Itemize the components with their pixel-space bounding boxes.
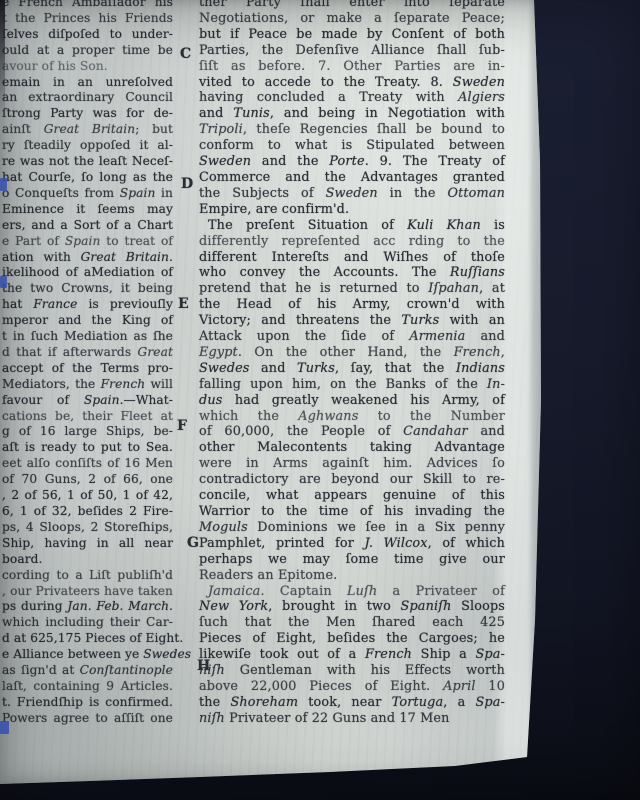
text-line: Readers an Epitome.: [199, 568, 505, 584]
text-line: d that if afterwards Great: [2, 345, 173, 361]
text-line: aſt is ready to put to Sea.: [2, 440, 173, 456]
text-line: t. Friendſhip is confirmed.: [2, 695, 173, 711]
text-line: Sweden and the Porte. 9. The Treaty of: [199, 154, 505, 170]
text-line: perhaps we may ſome time give our: [199, 552, 505, 568]
text-line: cording to a Liſt publiſh'd: [2, 568, 173, 584]
text-line: which including their Car-: [2, 615, 173, 631]
text-line: Victory; and threatens the Turks with an: [199, 313, 505, 329]
text-line: ſiſt as before. 7. Other Parties are in-: [199, 59, 505, 75]
blue-ink-mark: [0, 178, 7, 191]
text-line: 6, 1 of 32, beſides 2 Fire-: [2, 504, 173, 520]
text-line: Jamaica. Captain Luſh a Privateer of: [199, 584, 505, 600]
left-text-column: e French Ambaſſador hist the Princes his…: [2, 0, 173, 727]
text-line: ther Party ſhall enter into ſeparate: [199, 0, 505, 11]
right-text-column: ther Party ſhall enter into ſeparateNego…: [199, 0, 505, 727]
signature-letter-d: D: [181, 176, 193, 192]
text-line: the Subjects of Sweden in the Ottoman: [199, 186, 505, 202]
text-line: different Intereſts and Wiſhes of thoſe: [199, 250, 505, 266]
newspaper-page: e French Ambaſſador hist the Princes his…: [0, 0, 545, 790]
text-line: niſh Privateer of 22 Guns and 17 Men: [199, 711, 505, 727]
text-line: Warrior to the time of his invading the: [199, 504, 505, 520]
text-line: having concluded a Treaty with Algiers: [199, 90, 505, 106]
signature-letter-h: H: [197, 658, 210, 674]
text-line: ikelihood of aMediation of: [2, 265, 173, 281]
text-line: differently repreſented acc rding to the: [199, 234, 505, 250]
text-line: o Conqueſts from Spain in: [2, 186, 173, 202]
text-line: who convey the Accounts. The Ruſſians: [199, 265, 505, 281]
text-line: Ship, having in all near: [2, 536, 173, 552]
text-line: ry ſteadily oppoſed it al-: [2, 138, 173, 154]
text-line: Swedes and Turks, ſay, that the Indians: [199, 361, 505, 377]
text-line: Commerce and the Advantages granted: [199, 170, 505, 186]
text-line: the Shoreham took, near Tortuga, a Spa-: [199, 695, 505, 711]
signature-letter-f: F: [177, 418, 187, 434]
text-line: Parties, the Defenſive Alliance ſhall ſu…: [199, 43, 505, 59]
text-line: Empire, are confirm'd.: [199, 202, 505, 218]
text-line: ſtrong Party was for de-: [2, 106, 173, 122]
text-line: Negotiations, or make a ſeparate Peace;: [199, 11, 505, 27]
text-line: of 70 Guns, 2 of 66, one: [2, 472, 173, 488]
text-line: other Malecontents taking Advantage: [199, 440, 505, 456]
blue-ink-mark: [0, 721, 9, 734]
text-line: the two Crowns, it being: [2, 281, 173, 297]
text-line: conform to what is Stipulated between: [199, 138, 505, 154]
text-line: above 22,000 Pieces of Eight. April 10: [199, 679, 505, 695]
text-line: dus had greatly weakened his Army, of: [199, 393, 505, 409]
text-line: eet alſo conſiſts of 16 Men: [2, 456, 173, 472]
text-line: pretend that he is returned to Iſpahan, …: [199, 281, 505, 297]
text-line: d at 625,175 Pieces of Eight.: [2, 631, 173, 647]
text-line: mperor and the King of: [2, 313, 173, 329]
text-line: Eminence it ſeems may: [2, 202, 173, 218]
text-line: ps during Jan. Feb. March.: [2, 599, 173, 615]
text-line: e Alliance between ye Swedes: [2, 647, 173, 663]
text-line: cations be, their Fleet at: [2, 409, 173, 425]
signature-letter-c: C: [180, 46, 191, 62]
text-line: emain in an unreſolved: [2, 75, 173, 91]
text-line: t in ſuch Mediation as ſhe: [2, 329, 173, 345]
text-line: hat Courſe, ſo long as the: [2, 170, 173, 186]
text-line: favour of Spain.—What-: [2, 393, 173, 409]
signature-letter-g: G: [187, 535, 199, 551]
text-line: g of 16 large Ships, be-: [2, 424, 173, 440]
text-line: ſuch that the Men ſhared each 425: [199, 615, 505, 631]
text-line: niſh Gentleman with his Effects worth: [199, 663, 505, 679]
text-line: board.: [2, 552, 173, 568]
text-line: ould at a proper time be: [2, 43, 173, 59]
text-line: Pamphlet, printed for J. Wilcox, of whic…: [199, 536, 505, 552]
text-line: contradictory are beyond our Skill to re…: [199, 472, 505, 488]
text-line: and Tunis, and being in Negotiation with: [199, 106, 505, 122]
text-line: which the Aghwans to the Number: [199, 409, 505, 425]
text-line: re was not the leaſt Neceſ-: [2, 154, 173, 170]
text-line: Attack upon the ſide of Armenia and: [199, 329, 505, 345]
text-line: hat France is previouſly: [2, 297, 173, 313]
blue-ink-mark: [0, 276, 7, 288]
text-line: falling upon him, on the Banks of the In…: [199, 377, 505, 393]
text-line: ſelves diſpoſed to under-: [2, 27, 173, 43]
text-line: ers, and a Sort of a Chart: [2, 218, 173, 234]
text-line: concile, what appears genuine of this: [199, 488, 505, 504]
text-line: New York, brought in two Spaniſh Sloops: [199, 599, 505, 615]
text-line: Moguls Dominions we ſee in a Six penny: [199, 520, 505, 536]
text-line: avour of his Son.: [2, 59, 173, 75]
text-line: ainſt Great Britain; but: [2, 122, 173, 138]
text-line: an extraordinary Council: [2, 90, 173, 106]
text-line: vited to accede to the Treaty. 8. Sweden: [199, 75, 505, 91]
text-line: The preſent Situation of Kuli Khan is: [199, 218, 505, 234]
text-line: as ſign'd at Conſtantinople: [2, 663, 173, 679]
text-line: were in Arms againſt him. Advices ſo: [199, 456, 505, 472]
text-line: e French Ambaſſador his: [2, 0, 173, 11]
text-line: Egypt. On the other Hand, the French,: [199, 345, 505, 361]
photo-background: e French Ambaſſador hist the Princes his…: [0, 0, 640, 800]
text-line: laſt, containing 9 Articles.: [2, 679, 173, 695]
text-line: , our Privateers have taken: [2, 584, 173, 600]
text-line: of 60,000, the People of Candahar and: [199, 424, 505, 440]
text-line: likewiſe took out of a French Ship a Spa…: [199, 647, 505, 663]
text-line: the Head of his Army, crown'd with: [199, 297, 505, 313]
text-line: Mediators, the French will: [2, 377, 173, 393]
text-line: Powers agree to aſſiſt one: [2, 711, 173, 727]
text-line: ation with Great Britain.: [2, 250, 173, 266]
text-line: t the Princes his Friends: [2, 11, 173, 27]
text-line: but if Peace be made by Conſent of both: [199, 27, 505, 43]
text-line: , 2 of 56, 1 of 50, 1 of 42,: [2, 488, 173, 504]
text-line: Tripoli, theſe Regencies ſhall be bound …: [199, 122, 505, 138]
text-line: e Part of Spain to treat of: [2, 234, 173, 250]
text-line: Pieces of Eight, beſides the Cargoes; he: [199, 631, 505, 647]
signature-letter-e: E: [178, 296, 189, 312]
text-line: ps, 4 Sloops, 2 Storeſhips,: [2, 520, 173, 536]
text-line: accept of the Terms pro-: [2, 361, 173, 377]
